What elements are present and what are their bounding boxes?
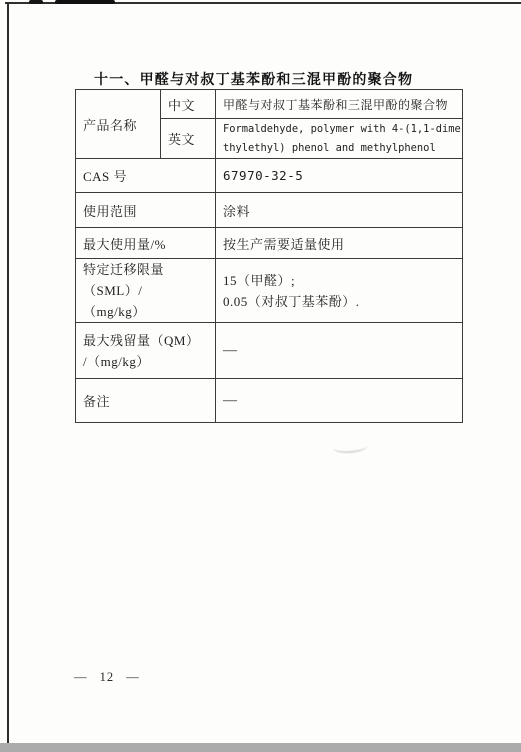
remarks-label-cell: 备注 [76, 379, 216, 423]
qm-label-line1: 最大残留量（QM） [83, 330, 211, 351]
table-row-remarks: 备注 — [76, 379, 463, 423]
product-info-table: 产品名称 中文 甲醛与对叔丁基苯酚和三混甲酚的聚合物 英文 Formaldehy… [75, 89, 463, 423]
sml-label-line1: 特定迁移限量（SML）/ [83, 259, 211, 301]
scan-edge-left [7, 3, 9, 743]
usage-scope-value-cell: 涂料 [216, 193, 463, 228]
english-label-cell: 英文 [161, 119, 216, 159]
table-row-product-name-cn: 产品名称 中文 甲醛与对叔丁基苯酚和三混甲酚的聚合物 [76, 90, 463, 119]
table-row-usage-scope: 使用范围 涂料 [76, 193, 463, 228]
scan-smudge [333, 440, 368, 454]
qm-value-cell: — [216, 323, 463, 379]
section-title: 十一、甲醛与对叔丁基苯酚和三混甲酚的聚合物 [94, 69, 413, 89]
scan-edge-bottom [0, 743, 521, 752]
max-usage-label-cell: 最大使用量/% [76, 228, 216, 259]
sml-value-line1: 15（甲醛）; [223, 270, 458, 291]
scan-artifact-blob [55, 0, 115, 4]
product-name-label-cell: 产品名称 [76, 90, 161, 159]
scanned-document-page: 十一、甲醛与对叔丁基苯酚和三混甲酚的聚合物 产品名称 中文 甲醛与对叔丁基苯酚和… [0, 0, 521, 752]
sml-value-line2: 0.05（对叔丁基苯酚）. [223, 291, 458, 312]
table-row-max-usage: 最大使用量/% 按生产需要适量使用 [76, 228, 463, 259]
qm-label-line2: /（mg/kg） [83, 351, 211, 372]
table-row-sml: 特定迁移限量（SML）/ （mg/kg） 15（甲醛）; 0.05（对叔丁基苯酚… [76, 259, 463, 323]
sml-value-cell: 15（甲醛）; 0.05（对叔丁基苯酚）. [216, 259, 463, 323]
usage-scope-label-cell: 使用范围 [76, 193, 216, 228]
sml-label-line2: （mg/kg） [83, 301, 211, 322]
table-row-cas: CAS 号 67970-32-5 [76, 159, 463, 193]
remarks-value-cell: — [216, 379, 463, 423]
sml-label-cell: 特定迁移限量（SML）/ （mg/kg） [76, 259, 216, 323]
chinese-name-value-cell: 甲醛与对叔丁基苯酚和三混甲酚的聚合物 [216, 90, 463, 119]
cas-label-cell: CAS 号 [76, 159, 216, 193]
english-name-line2: thylethyl) phenol and methylphenol [223, 139, 458, 158]
chinese-label-cell: 中文 [161, 90, 216, 119]
max-usage-value-cell: 按生产需要适量使用 [216, 228, 463, 259]
english-name-value-cell: Formaldehyde, polymer with 4-(1,1-dime t… [216, 119, 463, 159]
cas-value-cell: 67970-32-5 [216, 159, 463, 193]
english-name-line1: Formaldehyde, polymer with 4-(1,1-dime [223, 120, 458, 139]
scan-artifact-blob [29, 0, 43, 4]
table-row-qm: 最大残留量（QM） /（mg/kg） — [76, 323, 463, 379]
page-number: — 12 — [74, 670, 140, 685]
qm-label-cell: 最大残留量（QM） /（mg/kg） [76, 323, 216, 379]
